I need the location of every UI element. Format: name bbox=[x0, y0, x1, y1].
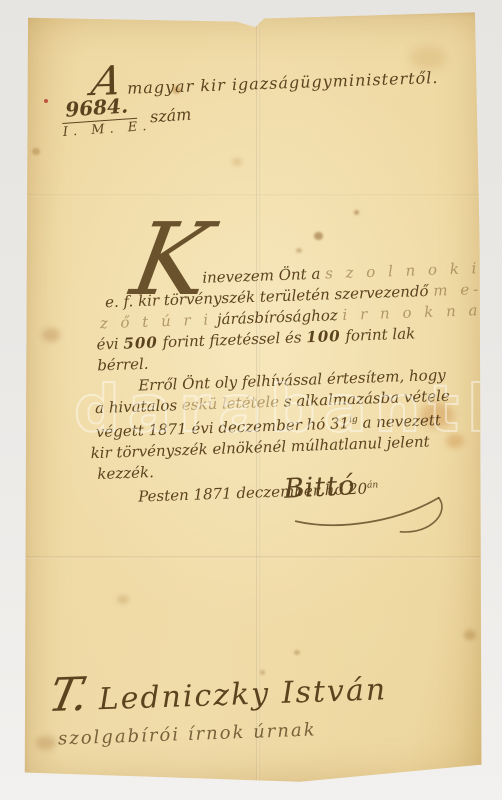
red-mark bbox=[44, 99, 48, 103]
body-text: járásbírósághoz bbox=[217, 306, 338, 328]
reference-suffix: szám bbox=[149, 105, 192, 127]
signature-block: Bittó bbox=[283, 470, 356, 505]
body-text: a hivatalos bbox=[95, 396, 178, 417]
addressee-initial: T. bbox=[45, 670, 93, 718]
document-paper: Amagyar kir igazságügyministertől. 9684.… bbox=[22, 10, 488, 788]
body-text: kezzék. bbox=[97, 463, 154, 483]
body-text-inserted: i r n o k n a k bbox=[342, 300, 502, 324]
body-text: a nevezett bbox=[362, 411, 441, 432]
addressee-title-line: szolgabírói írnok úrnak bbox=[58, 719, 317, 749]
salary-amount: 500 bbox=[123, 333, 158, 352]
body-text-inserted: z ő t ú r i bbox=[99, 310, 212, 332]
body-text: forint lak bbox=[345, 324, 415, 344]
header-text: magyar kir igazságügyministertől. bbox=[127, 68, 439, 98]
photo-background: Amagyar kir igazságügyministertől. 9684.… bbox=[0, 0, 502, 800]
body-text-inserted: eskü letétele bbox=[182, 393, 280, 414]
body-paragraph-1: inevezem Önt a s z o l n o k i e. f. kir… bbox=[82, 257, 502, 377]
body-text: inevezem Önt a bbox=[202, 265, 321, 287]
body-text: bérrel. bbox=[97, 355, 149, 375]
reference-number: 9684. bbox=[61, 93, 137, 124]
body-text-inserted: m e- bbox=[433, 280, 483, 300]
allowance-amount: 100 bbox=[306, 327, 341, 346]
body-text: forint fizetéssel és bbox=[162, 328, 302, 351]
addressee-name: Ledniczky István bbox=[98, 672, 388, 717]
handwriting-layer: Amagyar kir igazságügyministertől. 9684.… bbox=[22, 10, 488, 788]
signature-flourish bbox=[288, 485, 461, 550]
reference-block: 9684. I. M. E. bbox=[61, 92, 152, 140]
body-text: évi bbox=[96, 335, 119, 354]
body-text-superscript: ig bbox=[349, 415, 358, 425]
addressee-name-line: T.Ledniczky István bbox=[49, 660, 388, 719]
